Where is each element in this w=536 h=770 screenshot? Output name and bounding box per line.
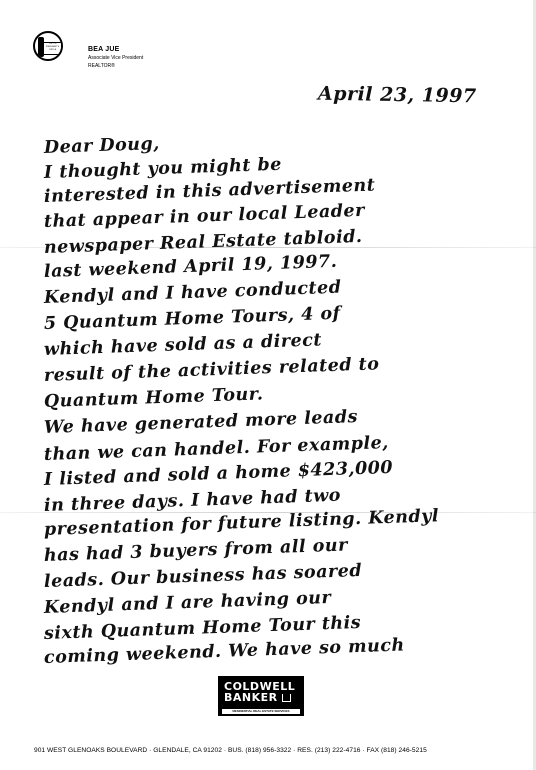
letter-date: April 23, 1997 xyxy=(318,83,477,108)
letter-line: Kendyl and I are having our xyxy=(44,588,332,618)
letter-line: has had 3 buyers from all our xyxy=(44,535,348,566)
agent-designation: REALTOR® xyxy=(88,62,143,70)
coldwell-banker-logo: COLDWELL BANKER RESIDENTIAL REAL ESTATE … xyxy=(218,676,304,716)
agent-block: BEA JUE Associate Vice President REALTOR… xyxy=(88,46,143,70)
letter-line: We have generated more leads xyxy=(44,407,359,438)
agent-name: BEA JUE xyxy=(88,46,143,54)
award-seal-icon: TOP 1% PRESIDENT'S CIRCLE xyxy=(33,31,63,61)
letter-page: TOP 1% PRESIDENT'S CIRCLE BEA JUE Associ… xyxy=(0,0,536,770)
letter-line: result of the activities related to xyxy=(44,354,380,386)
letter-line: that appear in our local Leader xyxy=(44,201,366,232)
letter-line: Dear Doug, xyxy=(44,134,161,158)
letter-line: Quantum Home Tour. xyxy=(44,384,264,412)
letter-line: leads. Our business has soared xyxy=(44,561,363,592)
footer-address: 901 WEST GLENOAKS BOULEVARD · GLENDALE, … xyxy=(34,747,427,754)
letter-line: 5 Quantum Home Tours, 4 of xyxy=(44,304,341,334)
letter-line: which have sold as a direct xyxy=(44,330,323,360)
letter-line: I thought you might be xyxy=(44,155,283,183)
agent-title: Associate Vice President xyxy=(88,54,143,62)
logo-line2: BANKER xyxy=(218,692,304,703)
letter-line: Kendyl and I have conducted xyxy=(44,278,342,308)
logo-mark-icon xyxy=(282,694,291,702)
